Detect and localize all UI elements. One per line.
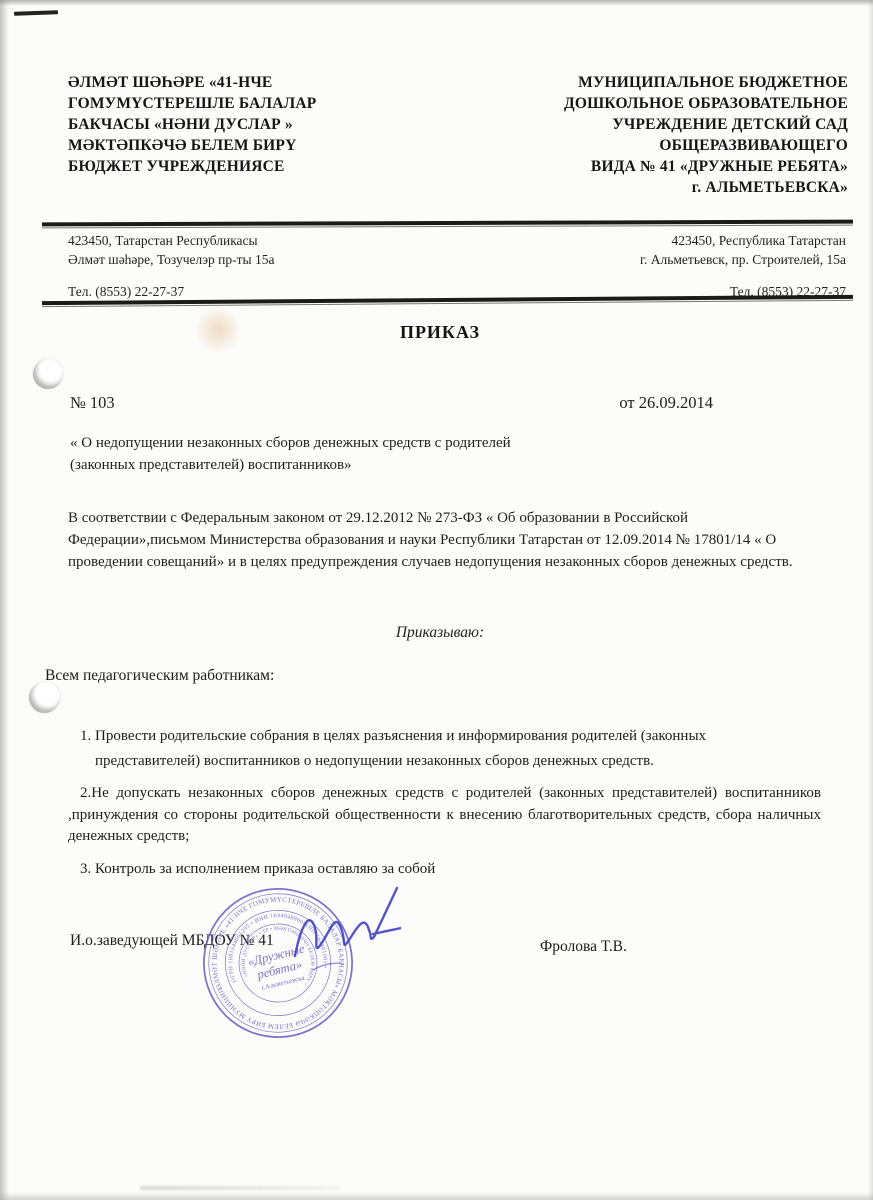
scan-edge-left bbox=[0, 0, 9, 1200]
letterhead-russian-line: УЧРЕЖДЕНИЕ ДЕТСКИЙ САД bbox=[448, 114, 848, 135]
punch-hole-top bbox=[33, 359, 63, 389]
order-number-row: № 103 от 26.09.2014 bbox=[70, 393, 713, 413]
signature-signer-name: Фролова Т.В. bbox=[540, 938, 627, 956]
scan-edge-top bbox=[0, 0, 873, 6]
address-line: Әлмәт шәһәре, Тозучелэр пр-ты 15а bbox=[68, 250, 274, 269]
letterhead-russian: МУНИЦИПАЛЬНОЕ БЮДЖЕТНОЕ ДОШКОЛЬНОЕ ОБРАЗ… bbox=[448, 72, 848, 198]
order-item-1: 1. Провести родительские собрания в целя… bbox=[68, 724, 801, 774]
order-item-2: 2.Не допускать незаконных сборов денежны… bbox=[68, 783, 821, 848]
order-items-list: 1. Провести родительские собрания в целя… bbox=[68, 724, 821, 880]
scanned-order-document: ӘЛМӘТ ШӘҺӘРЕ «41-НЧЕ ГОМУМҮСТЕРЕШЛЕ БАЛА… bbox=[0, 0, 873, 1200]
punch-hole-bottom bbox=[29, 682, 60, 713]
scan-corner-mark bbox=[14, 10, 58, 16]
address-line: 423450, Республика Татарстан bbox=[640, 231, 846, 250]
contacts-russian: 423450, Республика Татарстан г. Альметье… bbox=[640, 231, 846, 301]
order-intro-paragraph: В соответствии с Федеральным законом от … bbox=[68, 507, 821, 573]
order-addressees: Всем педагогическим работникам: bbox=[45, 667, 274, 685]
order-subject-line: (законных представителей) воспитанников» bbox=[70, 454, 511, 476]
contacts-block: 423450, Татарстан Республикасы Әлмәт шәһ… bbox=[68, 231, 846, 301]
letterhead-tatar-line: ӘЛМӘТ ШӘҺӘРЕ «41-НЧЕ bbox=[68, 72, 438, 93]
letterhead-russian-line: ДОШКОЛЬНОЕ ОБРАЗОВАТЕЛЬНОЕ bbox=[448, 93, 848, 114]
letterhead-tatar-line: МӘКТӘПКӘЧӘ БЕЛЕМ БИРҮ bbox=[68, 135, 438, 156]
letterhead-russian-line: г. АЛЬМЕТЬЕВСКА» bbox=[448, 177, 848, 198]
order-subject-line: « О недопущении незаконных сборов денежн… bbox=[70, 432, 511, 454]
address-line: 423450, Татарстан Республикасы bbox=[68, 231, 274, 250]
letterhead-tatar: ӘЛМӘТ ШӘҺӘРЕ «41-НЧЕ ГОМУМҮСТЕРЕШЛЕ БАЛА… bbox=[68, 72, 438, 198]
letterhead-tatar-line: ГОМУМҮСТЕРЕШЛЕ БАЛАЛАР bbox=[68, 93, 438, 114]
divider-rule-top bbox=[42, 220, 853, 229]
order-number: № 103 bbox=[70, 393, 115, 413]
handwritten-signature bbox=[283, 878, 401, 982]
scan-edge-right bbox=[868, 0, 873, 1200]
scan-bottom-smudge bbox=[140, 1186, 340, 1190]
contacts-tatar: 423450, Татарстан Республикасы Әлмәт шәһ… bbox=[68, 231, 274, 301]
order-date: от 26.09.2014 bbox=[619, 393, 713, 413]
letterhead-tatar-line: БЮДЖЕТ УЧРЕЖДЕНИЯСЕ bbox=[68, 156, 438, 177]
order-item-3: 3. Контроль за исполнением приказа остав… bbox=[68, 859, 821, 880]
letterhead-russian-line: ОБЩЕРАЗВИВАЮЩЕГО bbox=[448, 135, 848, 156]
order-subject: « О недопущении незаконных сборов денежн… bbox=[70, 432, 511, 476]
phone-left: Тел. (8553) 22-27-37 bbox=[68, 282, 274, 301]
letterhead: ӘЛМӘТ ШӘҺӘРЕ «41-НЧЕ ГОМУМҮСТЕРЕШЛЕ БАЛА… bbox=[68, 72, 848, 198]
letterhead-tatar-line: БАКЧАСЫ «НӘНИ ДУСЛАР » bbox=[68, 114, 438, 135]
document-title: ПРИКАЗ bbox=[0, 322, 873, 343]
letterhead-russian-line: МУНИЦИПАЛЬНОЕ БЮДЖЕТНОЕ bbox=[448, 72, 848, 93]
address-line: г. Альметьевск, пр. Строителей, 15а bbox=[640, 250, 846, 269]
letterhead-russian-line: ВИДА № 41 «ДРУЖНЫЕ РЕБЯТА» bbox=[448, 156, 848, 177]
order-resolution: Приказываю: bbox=[0, 624, 873, 642]
scan-edge-bottom bbox=[0, 1192, 873, 1200]
